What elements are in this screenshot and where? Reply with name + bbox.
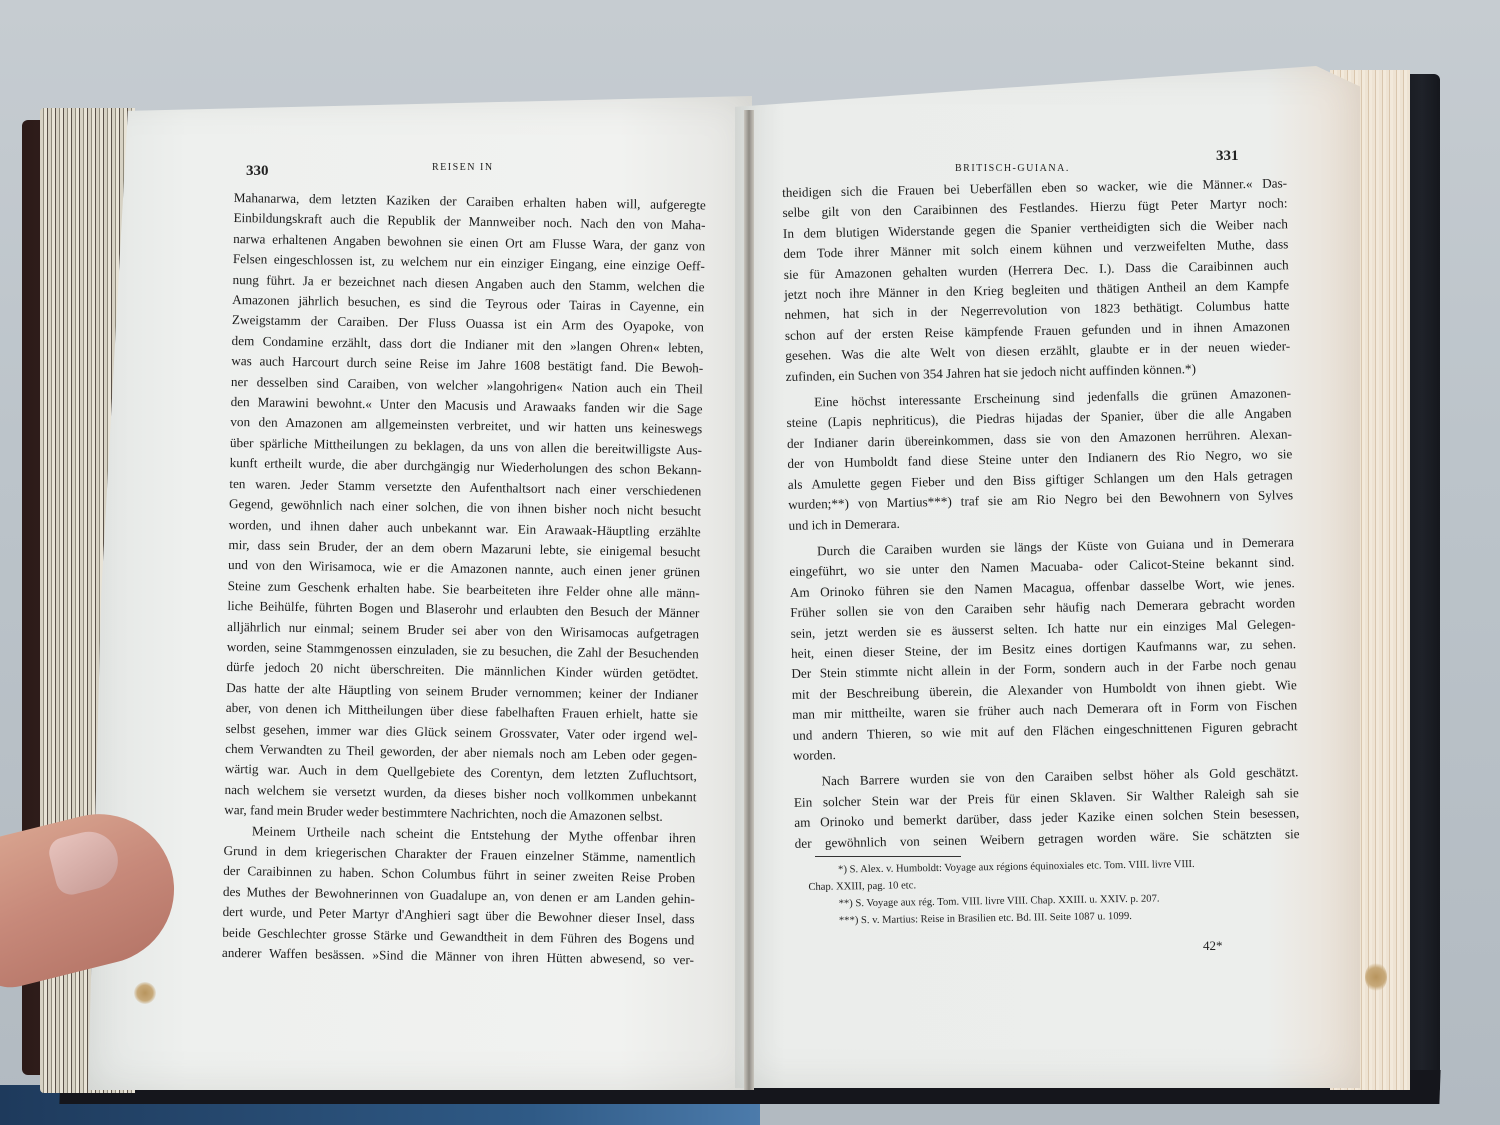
foxing-stain: [134, 982, 156, 1004]
signature-mark: 42*: [1203, 938, 1223, 954]
foxing-stain: [1365, 962, 1387, 992]
left-running-head: REISEN IN: [432, 162, 494, 173]
right-running-head: BRITISCH-GUIANA.: [955, 163, 1070, 174]
left-page-body: Mahanarwa, dem letzten Kaziken der Carai…: [222, 188, 706, 971]
thumbnail: [46, 826, 124, 898]
footnotes: *) S. Alex. v. Humboldt: Voyage aux régi…: [808, 854, 1299, 930]
right-page-body: theidigen sich die Frauen bei Ueberfälle…: [782, 173, 1300, 854]
footnote-rule: [815, 856, 961, 857]
right-page-number: 331: [1216, 148, 1239, 165]
left-page-number: 330: [246, 163, 269, 180]
photo-scene: 330 REISEN IN Mahanarwa, dem letzten Kaz…: [0, 0, 1500, 1125]
book-gutter: [744, 110, 754, 1090]
